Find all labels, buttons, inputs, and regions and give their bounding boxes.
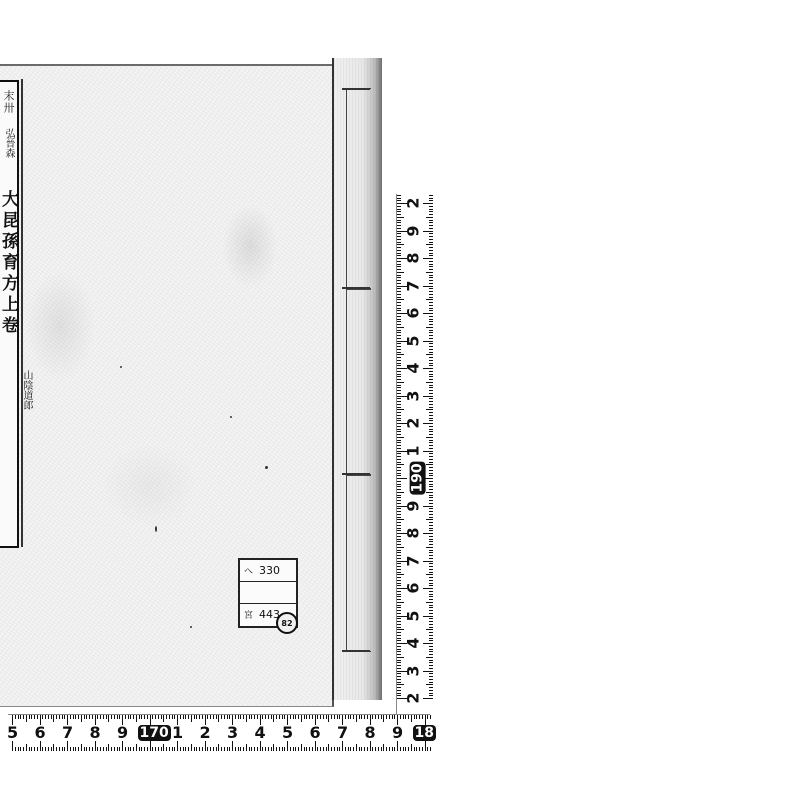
ruler-digit: 9 bbox=[406, 225, 422, 236]
ruler-tick bbox=[397, 319, 401, 320]
ruler-tick bbox=[298, 747, 299, 751]
ruler-tick bbox=[117, 747, 118, 751]
ruler-tick bbox=[397, 332, 401, 333]
ruler-tick bbox=[37, 747, 38, 751]
ruler-tick bbox=[429, 305, 433, 306]
ruler-tick bbox=[422, 715, 423, 719]
ruler-tick bbox=[429, 330, 433, 331]
ruler-tick bbox=[397, 470, 401, 471]
ruler-tick bbox=[34, 715, 35, 719]
ruler-tick bbox=[419, 715, 420, 719]
ruler-tick bbox=[251, 715, 252, 719]
ruler-digit: 2 bbox=[406, 197, 422, 208]
ruler-tick bbox=[423, 368, 433, 369]
ruler-tick bbox=[254, 715, 255, 719]
ruler-tick bbox=[429, 275, 433, 276]
ruler-tick bbox=[429, 475, 433, 476]
ruler-tick bbox=[31, 715, 32, 719]
ruler-tick bbox=[136, 715, 137, 722]
ruler-tick bbox=[429, 654, 433, 655]
ruler-tick bbox=[397, 654, 401, 655]
ruler-tick bbox=[423, 286, 433, 287]
ruler-tick bbox=[429, 338, 433, 339]
ruler-tick bbox=[397, 473, 401, 474]
ruler-tick bbox=[282, 715, 283, 719]
ruler-tick bbox=[262, 715, 263, 719]
ruler-tick bbox=[429, 335, 433, 336]
ruler-tick bbox=[429, 374, 433, 375]
ruler-tick bbox=[429, 459, 433, 460]
ruler-tick bbox=[122, 741, 123, 751]
ruler-tick bbox=[367, 715, 368, 719]
ruler-tick bbox=[339, 747, 340, 751]
ruler-tick bbox=[372, 747, 373, 751]
ruler-tick bbox=[429, 429, 433, 430]
binding-stitch bbox=[342, 88, 370, 90]
ruler-tick bbox=[133, 715, 134, 719]
ruler-tick bbox=[429, 632, 433, 633]
ruler-tick bbox=[419, 747, 420, 751]
ruler-tick bbox=[213, 715, 214, 719]
ruler-tick bbox=[423, 203, 433, 204]
ruler-tick bbox=[429, 288, 433, 289]
ruler-tick bbox=[29, 715, 30, 719]
ruler-tick bbox=[397, 382, 404, 383]
ruler-tick bbox=[298, 715, 299, 719]
ruler-tick bbox=[64, 747, 65, 751]
ruler-tick bbox=[429, 222, 433, 223]
ruler-tick bbox=[429, 550, 433, 551]
ruler-tick bbox=[397, 222, 401, 223]
ruler-tick bbox=[397, 352, 401, 353]
ruler-tick bbox=[429, 649, 433, 650]
ruler-tick bbox=[397, 225, 401, 226]
ruler-tick bbox=[397, 481, 401, 482]
ruler-digit: 1 bbox=[406, 445, 422, 456]
ruler-tick bbox=[397, 272, 404, 273]
ruler-tick bbox=[397, 409, 404, 410]
ruler-tick bbox=[18, 715, 19, 719]
ruler-tick bbox=[180, 747, 181, 751]
ownership-seal: 82 bbox=[276, 612, 298, 634]
ruler-tick bbox=[191, 744, 192, 751]
ruler-tick bbox=[429, 522, 433, 523]
ruler-tick bbox=[397, 475, 401, 476]
ruler-tick bbox=[185, 715, 186, 719]
ruler-tick bbox=[339, 715, 340, 719]
book-spine bbox=[332, 58, 382, 700]
ruler-tick bbox=[337, 747, 338, 751]
ruler-tick bbox=[423, 671, 433, 672]
ruler-tick bbox=[158, 747, 159, 751]
ruler-tick bbox=[397, 632, 401, 633]
ruler-tick bbox=[408, 715, 409, 719]
ruler-tick bbox=[163, 744, 164, 751]
ruler-tick bbox=[81, 715, 82, 722]
ruler-tick bbox=[429, 673, 433, 674]
ruler-tick bbox=[429, 508, 433, 509]
ruler-tick bbox=[397, 330, 401, 331]
ruler-tick bbox=[276, 715, 277, 719]
ruler-tick bbox=[429, 398, 433, 399]
ruler-tick bbox=[397, 547, 404, 548]
ruler-tick bbox=[429, 431, 433, 432]
ruler-tick bbox=[356, 715, 357, 722]
ruler-tick bbox=[429, 319, 433, 320]
ruler-tick bbox=[429, 646, 433, 647]
ruler-tick bbox=[429, 660, 433, 661]
ruler-tick bbox=[174, 715, 175, 719]
ruler-tick bbox=[397, 426, 401, 427]
ruler-tick bbox=[240, 747, 241, 751]
ruler-tick bbox=[397, 492, 404, 493]
ruler-tick bbox=[210, 747, 211, 751]
ruler-tick bbox=[414, 715, 415, 719]
ruler-tick bbox=[429, 624, 433, 625]
label-row-blank bbox=[240, 582, 296, 604]
ruler-tick bbox=[334, 747, 335, 751]
ruler-tick bbox=[397, 464, 404, 465]
ruler-tick bbox=[397, 401, 401, 402]
ruler-tick bbox=[429, 470, 433, 471]
ruler-tick bbox=[426, 602, 433, 603]
ruler-tick bbox=[429, 445, 433, 446]
ruler-tick bbox=[397, 649, 401, 650]
ruler-tick bbox=[429, 638, 433, 639]
ruler-tick bbox=[397, 478, 407, 479]
ruler-tick bbox=[155, 747, 156, 751]
ruler-tick bbox=[114, 747, 115, 751]
ruler-tick bbox=[268, 747, 269, 751]
ruler-tick bbox=[397, 349, 401, 350]
ruler-tick bbox=[86, 747, 87, 751]
ruler-tick bbox=[414, 747, 415, 751]
label-row-classification: へ330 bbox=[240, 560, 296, 582]
ruler-tick bbox=[397, 343, 401, 344]
ruler-digit: 5 bbox=[7, 725, 18, 741]
ruler-tick bbox=[238, 715, 239, 719]
ruler-tick bbox=[429, 544, 433, 545]
binding-stitch bbox=[342, 287, 370, 289]
ruler-tick bbox=[111, 747, 112, 751]
ruler-tick bbox=[326, 747, 327, 751]
ruler-tick bbox=[397, 646, 401, 647]
ruler-tick bbox=[397, 371, 401, 372]
ruler-tick bbox=[423, 561, 433, 562]
ruler-tick bbox=[429, 242, 433, 243]
ruler-tick bbox=[235, 715, 236, 719]
ruler-tick bbox=[397, 200, 401, 201]
ruler-tick bbox=[397, 220, 401, 221]
ruler-tick bbox=[397, 297, 401, 298]
ruler-digit: 8 bbox=[90, 725, 101, 741]
ruler-tick bbox=[426, 217, 433, 218]
ruler-tick bbox=[429, 412, 433, 413]
ruler-tick bbox=[249, 747, 250, 751]
ruler-tick bbox=[304, 715, 305, 719]
ruler-tick bbox=[426, 492, 433, 493]
ruler-tick bbox=[301, 715, 302, 722]
ruler-tick bbox=[180, 715, 181, 719]
ruler-tick bbox=[221, 715, 222, 719]
ruler-tick bbox=[429, 332, 433, 333]
ruler-tick bbox=[429, 442, 433, 443]
ruler-tick bbox=[53, 715, 54, 722]
ruler-tick bbox=[426, 519, 433, 520]
ruler-tick bbox=[397, 638, 401, 639]
ruler-tick bbox=[106, 747, 107, 751]
ruler-digit: 3 bbox=[406, 665, 422, 676]
ruler-tick bbox=[246, 715, 247, 722]
ruler-tick bbox=[386, 747, 387, 751]
ruler-tick bbox=[381, 715, 382, 719]
ruler-tick bbox=[210, 715, 211, 719]
ruler-tick bbox=[397, 420, 401, 421]
ruler-tick bbox=[397, 459, 401, 460]
ruler-tick bbox=[378, 747, 379, 751]
ruler-tick bbox=[271, 747, 272, 751]
ruler-tick bbox=[397, 385, 401, 386]
ruler-tick bbox=[397, 484, 401, 485]
ruler-tick bbox=[397, 627, 401, 628]
ruler-tick bbox=[429, 486, 433, 487]
ruler-tick bbox=[273, 715, 274, 722]
ruler-tick bbox=[429, 195, 433, 196]
ruler-tick bbox=[397, 242, 401, 243]
ruler-tick bbox=[397, 558, 401, 559]
ruler-tick bbox=[429, 563, 433, 564]
ruler-tick bbox=[429, 473, 433, 474]
ruler-tick bbox=[172, 747, 173, 751]
ruler-tick bbox=[429, 596, 433, 597]
ruler-tick bbox=[397, 605, 401, 606]
ruler-digit: 5 bbox=[406, 335, 422, 346]
ruler-tick bbox=[429, 255, 433, 256]
ruler-tick bbox=[169, 715, 170, 719]
ruler-tick bbox=[397, 324, 401, 325]
ruler-tick bbox=[224, 747, 225, 751]
ruler-tick bbox=[56, 715, 57, 719]
ruler-tick bbox=[51, 715, 52, 719]
ruler-tick bbox=[429, 352, 433, 353]
ruler-tick bbox=[345, 715, 346, 719]
ruler-tick bbox=[249, 715, 250, 719]
ruler-tick bbox=[331, 747, 332, 751]
ruler-tick bbox=[429, 517, 433, 518]
ruler-tick bbox=[429, 679, 433, 680]
ruler-tick bbox=[125, 715, 126, 719]
ruler-tick bbox=[265, 715, 266, 719]
ruler-tick bbox=[130, 747, 131, 751]
ruler-tick bbox=[429, 253, 433, 254]
ruler-tick bbox=[397, 418, 401, 419]
ruler-tick bbox=[429, 349, 433, 350]
ruler-tick bbox=[133, 747, 134, 751]
ruler-tick bbox=[426, 657, 433, 658]
ruler-digit: 7 bbox=[62, 725, 73, 741]
ruler-tick bbox=[397, 434, 401, 435]
ruler-tick bbox=[429, 497, 433, 498]
ruler-tick bbox=[429, 541, 433, 542]
ruler-digit: 6 bbox=[310, 725, 321, 741]
ruler-tick bbox=[31, 747, 32, 751]
ruler-tick bbox=[317, 747, 318, 751]
ruler-tick bbox=[429, 613, 433, 614]
ruler-tick bbox=[429, 385, 433, 386]
ruler-tick bbox=[397, 640, 401, 641]
ruler-tick bbox=[205, 741, 206, 751]
ruler-tick bbox=[397, 453, 401, 454]
ruler-tick bbox=[370, 741, 371, 751]
ruler-tick bbox=[199, 747, 200, 751]
ruler-tick bbox=[397, 569, 401, 570]
ruler-tick bbox=[397, 594, 401, 595]
ruler-tick bbox=[194, 715, 195, 719]
ruler-tick bbox=[429, 566, 433, 567]
horizontal-ruler: 5678917012345678918 bbox=[8, 714, 430, 751]
ruler-tick bbox=[301, 744, 302, 751]
ruler-tick bbox=[429, 393, 433, 394]
ruler-tick bbox=[426, 437, 433, 438]
ruler-digit: 170 bbox=[138, 725, 171, 741]
ruler-tick bbox=[397, 387, 401, 388]
ruler-tick bbox=[70, 747, 71, 751]
ruler-tick bbox=[429, 390, 433, 391]
ruler-tick bbox=[429, 580, 433, 581]
ruler-tick bbox=[423, 451, 433, 452]
ruler-tick bbox=[405, 747, 406, 751]
ruler-tick bbox=[119, 747, 120, 751]
ruler-tick bbox=[397, 580, 401, 581]
ruler-tick bbox=[429, 321, 433, 322]
ruler-tick bbox=[429, 484, 433, 485]
ruler-tick bbox=[397, 525, 401, 526]
ruler-tick bbox=[397, 379, 401, 380]
ruler-tick bbox=[423, 533, 433, 534]
ruler-tick bbox=[238, 747, 239, 751]
ruler-tick bbox=[429, 247, 433, 248]
ruler-tick bbox=[429, 594, 433, 595]
ruler-tick bbox=[29, 747, 30, 751]
spine-section bbox=[346, 88, 371, 290]
ruler-tick bbox=[397, 741, 398, 751]
title-slip-sub-text: 弘晉森 bbox=[0, 128, 16, 158]
ruler-digit: 7 bbox=[406, 280, 422, 291]
ruler-tick bbox=[400, 715, 401, 719]
ruler-tick bbox=[397, 489, 401, 490]
ruler-digit: 5 bbox=[282, 725, 293, 741]
ruler-tick bbox=[367, 747, 368, 751]
ruler-tick bbox=[331, 715, 332, 719]
ruler-tick bbox=[100, 747, 101, 751]
ruler-tick bbox=[429, 316, 433, 317]
ruler-tick bbox=[397, 264, 401, 265]
ruler-tick bbox=[257, 715, 258, 719]
ruler-tick bbox=[429, 569, 433, 570]
ruler-tick bbox=[185, 747, 186, 751]
ruler-tick bbox=[45, 747, 46, 751]
ruler-tick bbox=[429, 552, 433, 553]
ruler-tick bbox=[429, 250, 433, 251]
ruler-digit: 7 bbox=[337, 725, 348, 741]
ruler-tick bbox=[84, 715, 85, 719]
ruler-tick bbox=[425, 715, 426, 725]
ruler-digit: 4 bbox=[406, 362, 422, 373]
ruler-tick bbox=[207, 715, 208, 719]
ruler-tick bbox=[429, 228, 433, 229]
ruler-tick bbox=[216, 715, 217, 719]
ruler-tick bbox=[397, 448, 401, 449]
ruler-tick bbox=[397, 544, 401, 545]
ruler-tick bbox=[95, 741, 96, 751]
ruler-tick bbox=[423, 506, 433, 507]
ruler-digit: 190 bbox=[410, 461, 426, 494]
ruler-tick bbox=[53, 744, 54, 751]
ruler-tick bbox=[429, 357, 433, 358]
ruler-tick bbox=[348, 715, 349, 719]
ruler-tick bbox=[397, 209, 401, 210]
ruler-tick bbox=[361, 715, 362, 719]
ruler-tick bbox=[147, 715, 148, 719]
ruler-tick bbox=[416, 715, 417, 719]
ruler-tick bbox=[397, 552, 401, 553]
ruler-digit: 9 bbox=[117, 725, 128, 741]
ruler-digit: 8 bbox=[406, 252, 422, 263]
ruler-tick bbox=[34, 747, 35, 751]
ruler-tick bbox=[293, 715, 294, 719]
ruler-tick bbox=[337, 715, 338, 719]
ruler-tick bbox=[397, 357, 401, 358]
ruler-tick bbox=[429, 599, 433, 600]
ruler-tick bbox=[397, 206, 401, 207]
ruler-tick bbox=[312, 747, 313, 751]
ruler-tick bbox=[320, 715, 321, 719]
ruler-tick bbox=[86, 715, 87, 719]
ruler-tick bbox=[397, 528, 401, 529]
ruler-tick bbox=[397, 555, 401, 556]
ruler-tick bbox=[397, 275, 401, 276]
ruler-tick bbox=[423, 341, 433, 342]
ruler-tick bbox=[429, 198, 433, 199]
ruler-tick bbox=[429, 665, 433, 666]
ruler-tick bbox=[429, 277, 433, 278]
ruler-tick bbox=[429, 420, 433, 421]
ruler-tick bbox=[397, 442, 401, 443]
ruler-tick bbox=[430, 747, 431, 751]
ruler-tick bbox=[426, 574, 433, 575]
ruler-tick bbox=[383, 744, 384, 751]
ruler-tick bbox=[397, 651, 401, 652]
ruler-digit: 2 bbox=[406, 417, 422, 428]
ruler-tick bbox=[397, 429, 401, 430]
ruler-tick bbox=[397, 695, 401, 696]
ruler-tick bbox=[397, 244, 404, 245]
ruler-tick bbox=[397, 665, 401, 666]
ruler-tick bbox=[397, 291, 401, 292]
ruler-tick bbox=[426, 547, 433, 548]
ruler-tick bbox=[139, 747, 140, 751]
ruler-tick bbox=[224, 715, 225, 719]
ruler-tick bbox=[309, 747, 310, 751]
ruler-tick bbox=[251, 747, 252, 751]
ruler-tick bbox=[429, 605, 433, 606]
ruler-tick bbox=[429, 481, 433, 482]
ruler-tick bbox=[397, 217, 404, 218]
ruler-tick bbox=[397, 577, 401, 578]
ruler-digit: 3 bbox=[406, 390, 422, 401]
ruler-digit: 5 bbox=[406, 610, 422, 621]
ruler-tick bbox=[97, 747, 98, 751]
